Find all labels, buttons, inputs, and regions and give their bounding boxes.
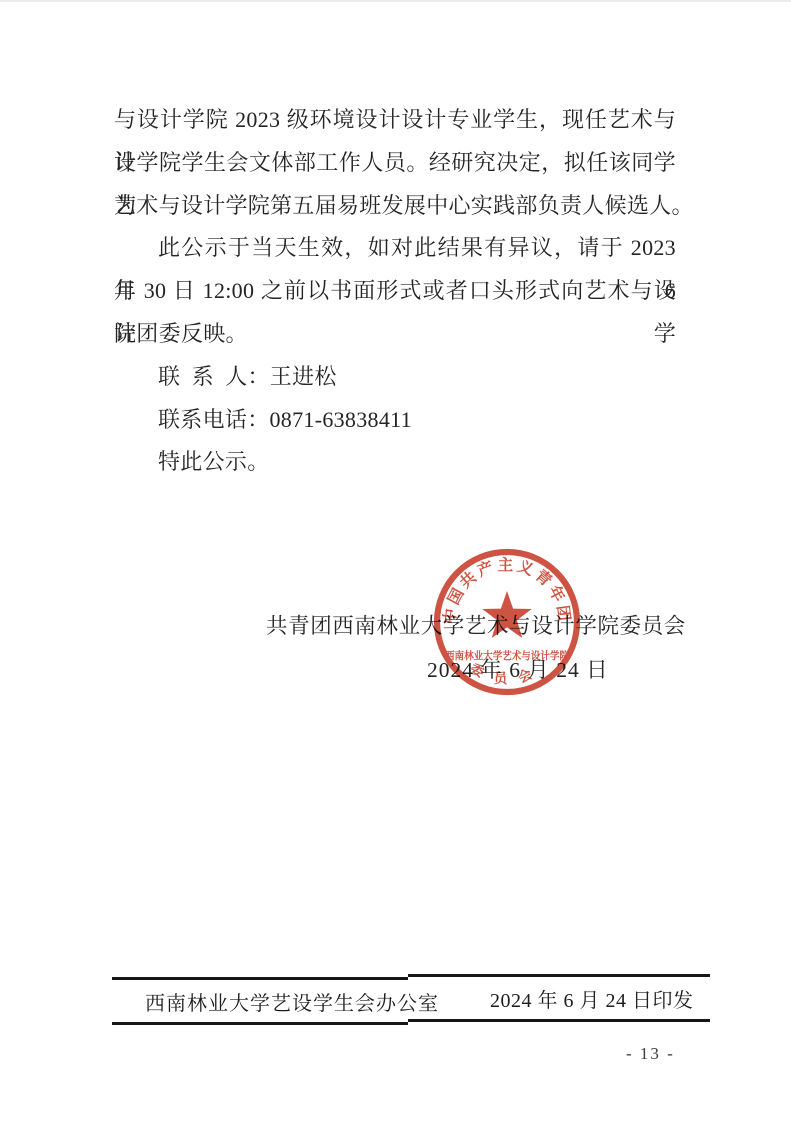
body-line: 艺术与设计学院第五届易班发展中心实践部负责人候选人。 xyxy=(114,185,676,228)
footer-office-label: 西南林业大学艺设学生会办公室 xyxy=(145,987,439,1016)
document-page: 与设计学院 2023 级环境设计设计专业学生，现任艺术与设 计学院学生会文体部工… xyxy=(0,0,791,1122)
footer-office-cell: 西南林业大学艺设学生会办公室 xyxy=(112,977,408,1025)
footer-issue-date-label: 2024 年 6 月 24 日印发 xyxy=(490,984,694,1013)
body-line: 月 30 日 12:00 之前以书面形式或者口头形式向艺术与设计学 xyxy=(114,270,676,313)
closing-line: 特此公示。 xyxy=(114,441,676,484)
contact-person-line: 联 系 人：王进松 xyxy=(114,356,676,399)
contact-phone-line: 联系电话：0871-63838411 xyxy=(114,399,676,442)
signature-date: 2024 年 6 月 24 日 xyxy=(427,653,609,684)
body-line: 与设计学院 2023 级环境设计设计专业学生，现任艺术与设 xyxy=(114,99,676,142)
page-number: - 13 - xyxy=(626,1044,675,1064)
body-line: 此公示于当天生效，如对此结果有异议，请于 2023 年 6 xyxy=(114,227,676,270)
notice-body: 与设计学院 2023 级环境设计设计专业学生，现任艺术与设 计学院学生会文体部工… xyxy=(114,99,676,484)
signature-committee: 共青团西南林业大学艺术与设计学院委员会 xyxy=(266,609,686,640)
footer-issue-date-cell: 2024 年 6 月 24 日印发 xyxy=(408,974,710,1022)
body-line: 计学院学生会文体部工作人员。经研究决定，拟任该同学为 xyxy=(114,142,676,185)
